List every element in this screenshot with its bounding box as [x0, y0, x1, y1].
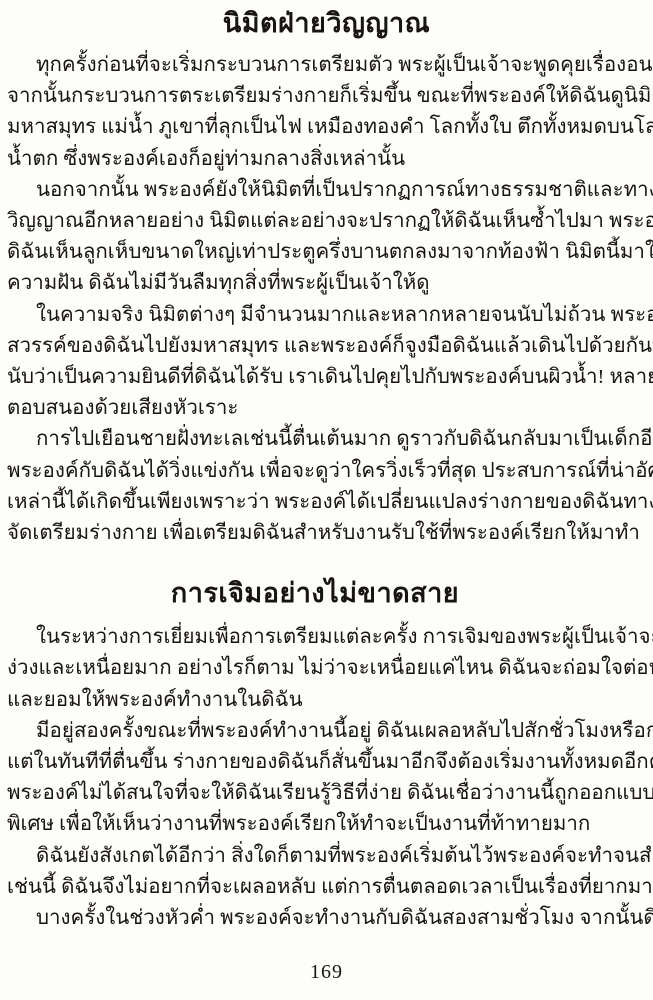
text-line: มีอยู่สองครั้งขณะที่พระองค์ทำงานนี้อยู่ … [7, 716, 623, 747]
text-line: พระองค์กับดิฉันได้วิ่งแข่งกัน เพื่อจะดูว… [7, 456, 623, 487]
text-line: ดิฉันเห็นลูกเห็บขนาดใหญ่เท่าประตูครึ่งบา… [7, 237, 623, 268]
text-line: การไปเยือนชายฝั่งทะเลเช่นนี้ตื่นเต้นมาก … [7, 424, 623, 455]
paragraph-6: มีอยู่สองครั้งขณะที่พระองค์ทำงานนี้อยู่ … [7, 716, 623, 841]
page-body: ทุกครั้งก่อนที่จะเริ่มกระบวนการเตรียมตัว… [7, 50, 623, 934]
text-line: ง่วงและเหนื่อยมาก อย่างไรก็ตาม ไม่ว่าจะเ… [7, 653, 623, 684]
text-line: แต่ในทันทีที่ตื่นขึ้น ร่างกายของดิฉันก็ส… [7, 747, 623, 778]
text-line: จากนั้นกระบวนการตระเตรียมร่างกายก็เริ่มข… [7, 81, 623, 112]
text-line: น้ำตก ซึ่งพระองค์เองก็อยู่ท่ามกลางสิ่งเห… [7, 144, 623, 175]
book-page: นิมิตฝ่ายวิญญาณ ทุกครั้งก่อนที่จะเริ่มกร… [0, 0, 653, 1000]
text-line: เช่นนี้ ดิฉันจึงไม่อยากที่จะเผลอหลับ แต่… [7, 872, 623, 903]
paragraph-1: ทุกครั้งก่อนที่จะเริ่มกระบวนการเตรียมตัว… [7, 50, 623, 175]
chapter-heading-continuous-anointing: การเจิมอย่างไม่ขาดสาย [7, 576, 623, 610]
text-line: นับว่าเป็นความยินดีที่ดิฉันได้รับ เราเดิ… [7, 362, 623, 393]
text-line: พระองค์ไม่ได้สนใจที่จะให้ดิฉันเรียนรู้วิ… [7, 778, 623, 809]
page-number: 169 [0, 961, 653, 984]
text-line: นอกจากนั้น พระองค์ยังให้นิมิตที่เป็นปราก… [7, 175, 623, 206]
text-line: สวรรค์ของดิฉันไปยังมหาสมุทร และพระองค์ก็… [7, 331, 623, 362]
text-line: ตอบสนองด้วยเสียงหัวเราะ [7, 393, 623, 424]
text-line: และยอมให้พระองค์ทำงานในดิฉัน [7, 685, 623, 716]
paragraph-4: การไปเยือนชายฝั่งทะเลเช่นนี้ตื่นเต้นมาก … [7, 424, 623, 549]
paragraph-5: ในระหว่างการเยี่ยมเพื่อการเตรียมแต่ละครั… [7, 622, 623, 716]
paragraph-8: บางครั้งในช่วงหัวค่ำ พระองค์จะทำงานกับดิ… [7, 903, 623, 934]
text-line: มหาสมุทร แม่น้ำ ภูเขาที่ลุกเป็นไฟ เหมือง… [7, 112, 623, 143]
text-line: ความฝัน ดิฉันไม่มีวันลืมทุกสิ่งที่พระผู้… [7, 268, 623, 299]
text-line: ในระหว่างการเยี่ยมเพื่อการเตรียมแต่ละครั… [7, 622, 623, 653]
text-line: เหล่านี้ได้เกิดขึ้นเพียงเพราะว่า พระองค์… [7, 487, 623, 518]
paragraph-3: ในความจริง นิมิตต่างๆ มีจำนวนมากและหลากห… [7, 300, 623, 425]
paragraph-2: นอกจากนั้น พระองค์ยังให้นิมิตที่เป็นปราก… [7, 175, 623, 300]
text-line: ดิฉันยังสังเกตได้อีกว่า สิ่งใดก็ตามที่พร… [7, 841, 623, 872]
chapter-heading-spiritual-visions: นิมิตฝ่ายวิญญาณ [0, 0, 653, 40]
paragraph-7: ดิฉันยังสังเกตได้อีกว่า สิ่งใดก็ตามที่พร… [7, 841, 623, 903]
text-line: ทุกครั้งก่อนที่จะเริ่มกระบวนการเตรียมตัว… [7, 50, 623, 81]
text-line: บางครั้งในช่วงหัวค่ำ พระองค์จะทำงานกับดิ… [7, 903, 623, 934]
text-line: ในความจริง นิมิตต่างๆ มีจำนวนมากและหลากห… [7, 300, 623, 331]
text-line: จัดเตรียมร่างกาย เพื่อเตรียมดิฉันสำหรับง… [7, 518, 623, 549]
text-line: วิญญาณอีกหลายอย่าง นิมิตแต่ละอย่างจะปราก… [7, 206, 623, 237]
text-line: พิเศษ เพื่อให้เห็นว่างานที่พระองค์เรียกใ… [7, 809, 623, 840]
